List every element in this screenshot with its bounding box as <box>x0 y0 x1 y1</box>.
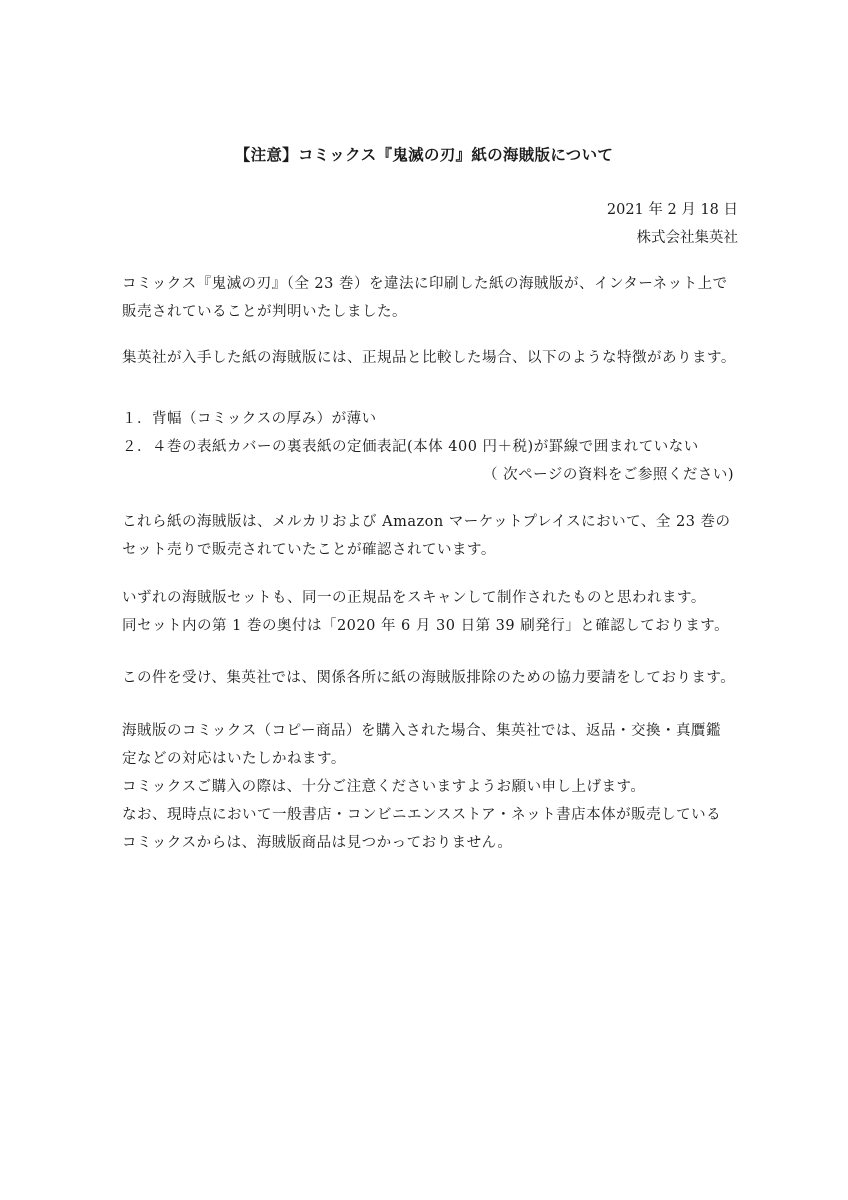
text-line: 集英社が入手した紙の海賊版には、正規品と比較した場合、以下のような特徴があります… <box>122 344 734 372</box>
paragraph-cooperation: この件を受け、集英社では、関係各所に紙の海賊版排除のための協力要請をしております… <box>122 664 734 692</box>
text-line: 販売されていることが判明いたしました。 <box>122 298 734 326</box>
text-line: この件を受け、集英社では、関係各所に紙の海賊版排除のための協力要請をしております… <box>122 664 734 692</box>
feature-list: １．背幅（コミックスの厚み）が薄い ２．４巻の表紙カバーの裏表紙の定価表記(本体… <box>122 405 734 489</box>
text-line: コミックスご購入の際は、十分ご注意くださいますようお願い申し上げます。 <box>122 773 734 801</box>
paragraph-sales-channels: これら紙の海賊版は、メルカリおよび Amazon マーケットプレイスにおいて、全… <box>122 508 734 564</box>
text-line: 同セット内の第 1 巻の奥付は「2020 年 6 月 30 日第 39 刷発行」… <box>122 612 734 640</box>
list-item-2: ２．４巻の表紙カバーの裏表紙の定価表記(本体 400 円＋税)が罫線で囲まれてい… <box>122 433 734 461</box>
paragraph-source-scan: いずれの海賊版セットも、同一の正規品をスキャンして制作されたものと思われます。 … <box>122 584 734 640</box>
issue-date: 2021 年 2 月 18 日 <box>607 196 738 224</box>
paragraph-discovery: コミックス『鬼滅の刃』（全 23 巻）を違法に印刷した紙の海賊版が、インターネッ… <box>122 270 734 326</box>
text-line: これら紙の海賊版は、メルカリおよび Amazon マーケットプレイスにおいて、全… <box>122 508 734 536</box>
paragraph-features-intro: 集英社が入手した紙の海賊版には、正規品と比較した場合、以下のような特徴があります… <box>122 344 734 372</box>
document-title: 【注意】コミックス『鬼滅の刃』紙の海賊版について <box>0 143 848 167</box>
text-line: コミックス『鬼滅の刃』（全 23 巻）を違法に印刷した紙の海賊版が、インターネッ… <box>122 270 734 298</box>
document-meta: 2021 年 2 月 18 日 株式会社集英社 <box>607 196 738 252</box>
text-line: セット売りで販売されていたことが確認されています。 <box>122 536 734 564</box>
reference-note: （ 次ページの資料をご参照ください) <box>122 461 734 489</box>
text-line: いずれの海賊版セットも、同一の正規品をスキャンして制作されたものと思われます。 <box>122 584 734 612</box>
list-item-1: １．背幅（コミックスの厚み）が薄い <box>122 405 734 433</box>
paragraph-purchase-notice: 海賊版のコミックス（コピー商品）を購入された場合、集英社では、返品・交換・真贋鑑… <box>122 717 734 857</box>
text-line: コミックスからは、海賊版商品は見つかっておりません。 <box>122 829 734 857</box>
text-line: なお、現時点において一般書店・コンビニエンスストア・ネット書店本体が販売している <box>122 801 734 829</box>
text-line: 定などの対応はいたしかねます。 <box>122 745 734 773</box>
document-page: 【注意】コミックス『鬼滅の刃』紙の海賊版について 2021 年 2 月 18 日… <box>0 0 848 1200</box>
issuer-name: 株式会社集英社 <box>607 224 738 252</box>
text-line: 海賊版のコミックス（コピー商品）を購入された場合、集英社では、返品・交換・真贋鑑 <box>122 717 734 745</box>
